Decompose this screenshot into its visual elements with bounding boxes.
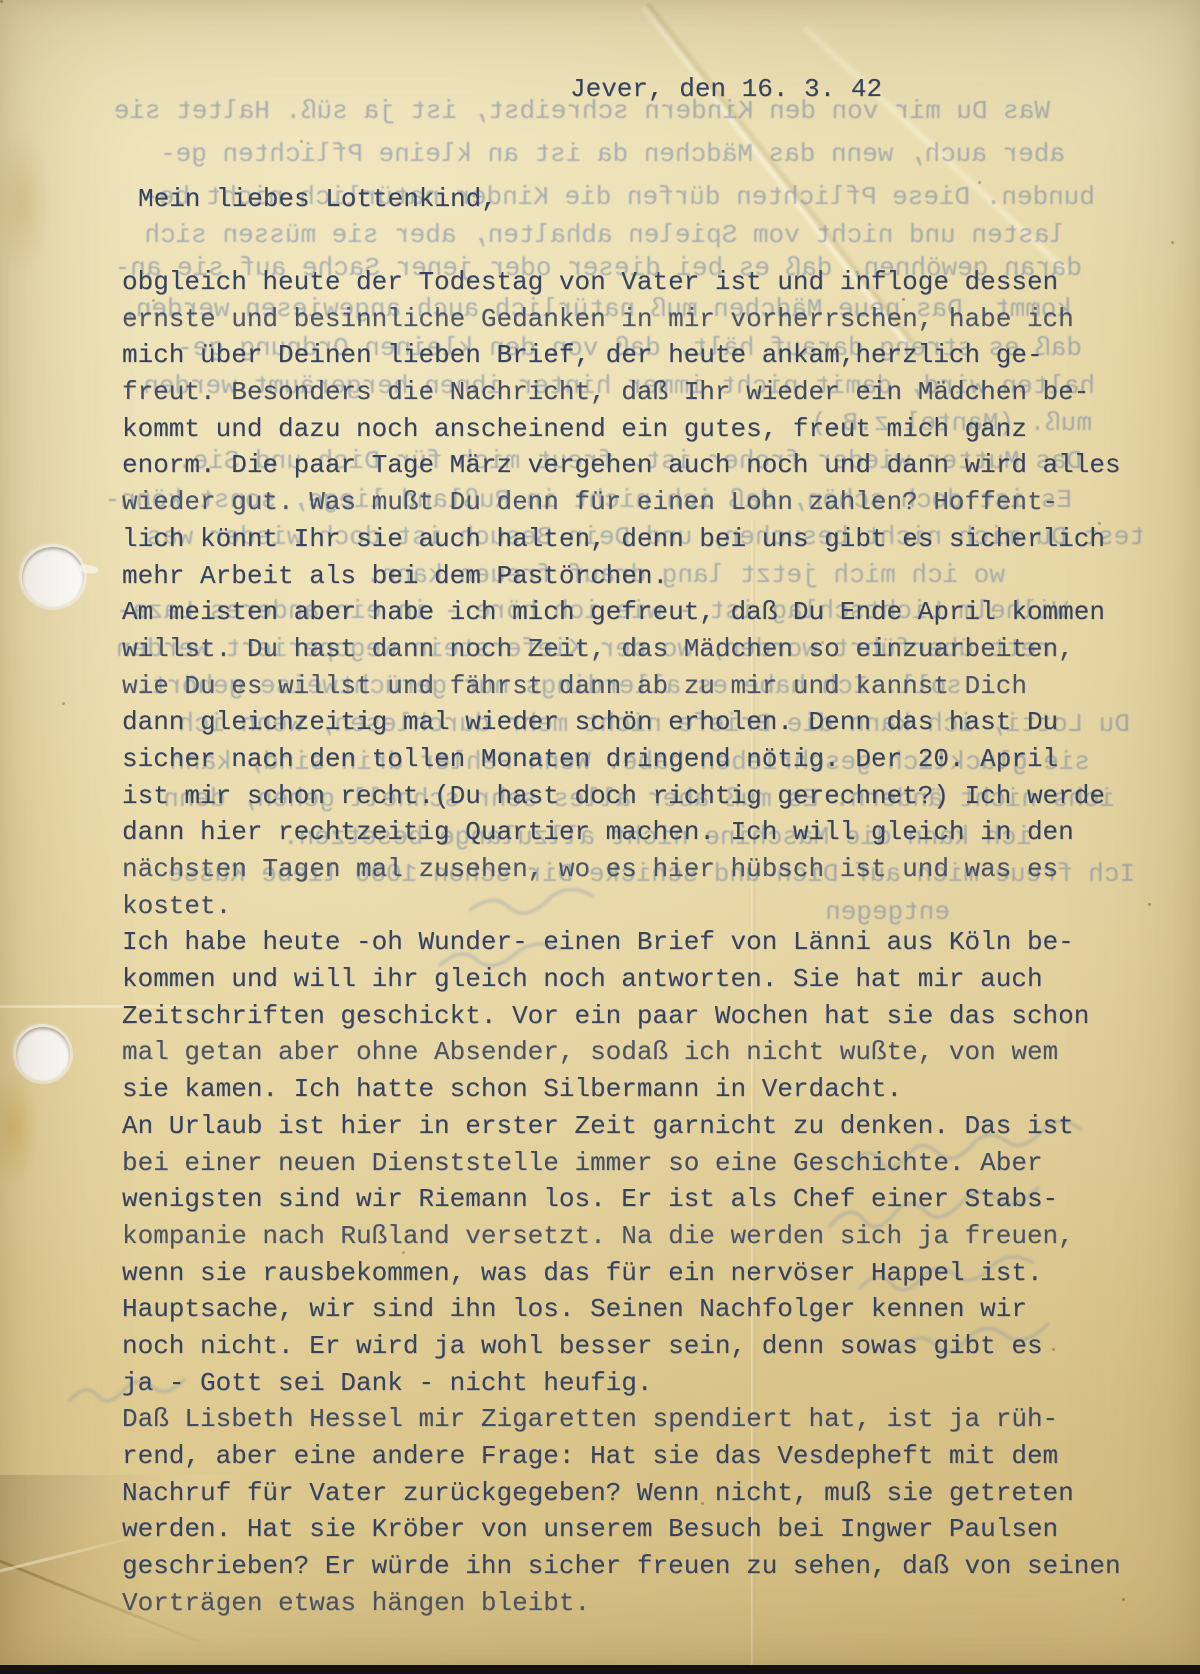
- scanned-letter: Was Du mir von den Kindern schreibst, is…: [0, 0, 1200, 1674]
- letter-line: bei einer neuen Dienststelle immer so ei…: [122, 1145, 1182, 1182]
- letter-body: obgleich heute der Todestag von Vater is…: [122, 264, 1182, 1621]
- letter-line: freut. Besonders die Nachricht, daß Ihr …: [122, 374, 1182, 411]
- letter-line: kostet.: [122, 888, 1182, 925]
- letter-line: ist mir schon recht.(Du hast doch richti…: [122, 778, 1182, 815]
- letter-line: rend, aber eine andere Frage: Hat sie da…: [122, 1438, 1182, 1475]
- date-line: Jever, den 16. 3. 42: [570, 74, 882, 104]
- letter-line: wie Du es willst und fährst dann ab zu m…: [122, 668, 1182, 705]
- letter-line: Daß Lisbeth Hessel mir Zigaretten spendi…: [122, 1401, 1182, 1438]
- paper-stain: [0, 128, 52, 278]
- letter-line: dann gleichzeitig mal wieder schön erhol…: [122, 704, 1182, 741]
- paper-corner-highlight: [770, 0, 1200, 300]
- letter-line: ernste und besinnliche Gedanken in mir v…: [122, 301, 1182, 338]
- letter-page: Was Du mir von den Kindern schreibst, is…: [0, 0, 1200, 1665]
- paper-speckles: [0, 0, 3, 3]
- letter-line: wenigsten sind wir Riemann los. Er ist a…: [122, 1181, 1182, 1218]
- letter-line: sicher nach den tollen Monaten dringend …: [122, 741, 1182, 778]
- letter-line: sie kamen. Ich hatte schon Silbermann in…: [122, 1071, 1182, 1108]
- letter-line: kommt und dazu noch anscheinend ein gute…: [122, 411, 1182, 448]
- paper-stain: [0, 1068, 40, 1188]
- letter-line: dann hier rechtzeitig Quartier machen. I…: [122, 814, 1182, 851]
- letter-line: obgleich heute der Todestag von Vater is…: [122, 264, 1182, 301]
- letter-line: Zeitschriften geschickt. Vor ein paar Wo…: [122, 998, 1182, 1035]
- salutation: Mein liebes Lottenkind,: [138, 184, 497, 214]
- letter-line: wenn sie rausbekommen, was das für ein n…: [122, 1255, 1182, 1292]
- scan-background-edge: [56, 1665, 1200, 1674]
- letter-line: wieder gut. Was mußt Du denn für einen L…: [122, 484, 1182, 521]
- letter-line: werden. Hat sie Kröber von unserem Besuc…: [122, 1511, 1182, 1548]
- letter-line: Vorträgen etwas hängen bleibt.: [122, 1585, 1182, 1622]
- letter-line: mal getan aber ohne Absender, sodaß ich …: [122, 1034, 1182, 1071]
- letter-line: noch nicht. Er wird ja wohl besser sein,…: [122, 1328, 1182, 1365]
- bleedthrough-line: lasten und nicht vom Spielen abhalten, a…: [144, 220, 1065, 250]
- letter-line: geschrieben? Er würde ihn sicher freuen …: [122, 1548, 1182, 1585]
- letter-line: ja - Gott sei Dank - nicht heufig.: [122, 1365, 1182, 1402]
- paper-crease: [800, 23, 1071, 277]
- letter-line: Am meisten aber habe ich mich gefreut, d…: [122, 594, 1182, 631]
- letter-line: Ich habe heute -oh Wunder- einen Brief v…: [122, 924, 1182, 961]
- punch-hole: [22, 547, 84, 607]
- letter-line: An Urlaub ist hier in erster Zeit garnic…: [122, 1108, 1182, 1145]
- letter-line: mehr Arbeit als bei dem Pastörchen.: [122, 558, 1182, 595]
- letter-line: kompanie nach Rußland versetzt. Na die w…: [122, 1218, 1182, 1255]
- letter-line: enorm. Die paar Tage März vergehen auch …: [122, 447, 1182, 484]
- letter-line: lich könnt Ihr sie auch halten, denn bei…: [122, 521, 1182, 558]
- punch-hole: [16, 1027, 70, 1081]
- bleedthrough-line: aber auch, wenn das Mädchen da ist an kl…: [160, 139, 1065, 169]
- letter-line: Hauptsache, wir sind ihn los. Seinen Nac…: [122, 1291, 1182, 1328]
- letter-line: Nachruf für Vater zurückgegeben? Wenn ni…: [122, 1475, 1182, 1512]
- letter-line: willst. Du hast dann noch Zeit, das Mädc…: [122, 631, 1182, 668]
- letter-line: kommen und will ihr gleich noch antworte…: [122, 961, 1182, 998]
- letter-line: nächsten Tagen mal zusehen, wo es hier h…: [122, 851, 1182, 888]
- letter-line: mich über Deinen lieben Brief, der heute…: [122, 337, 1182, 374]
